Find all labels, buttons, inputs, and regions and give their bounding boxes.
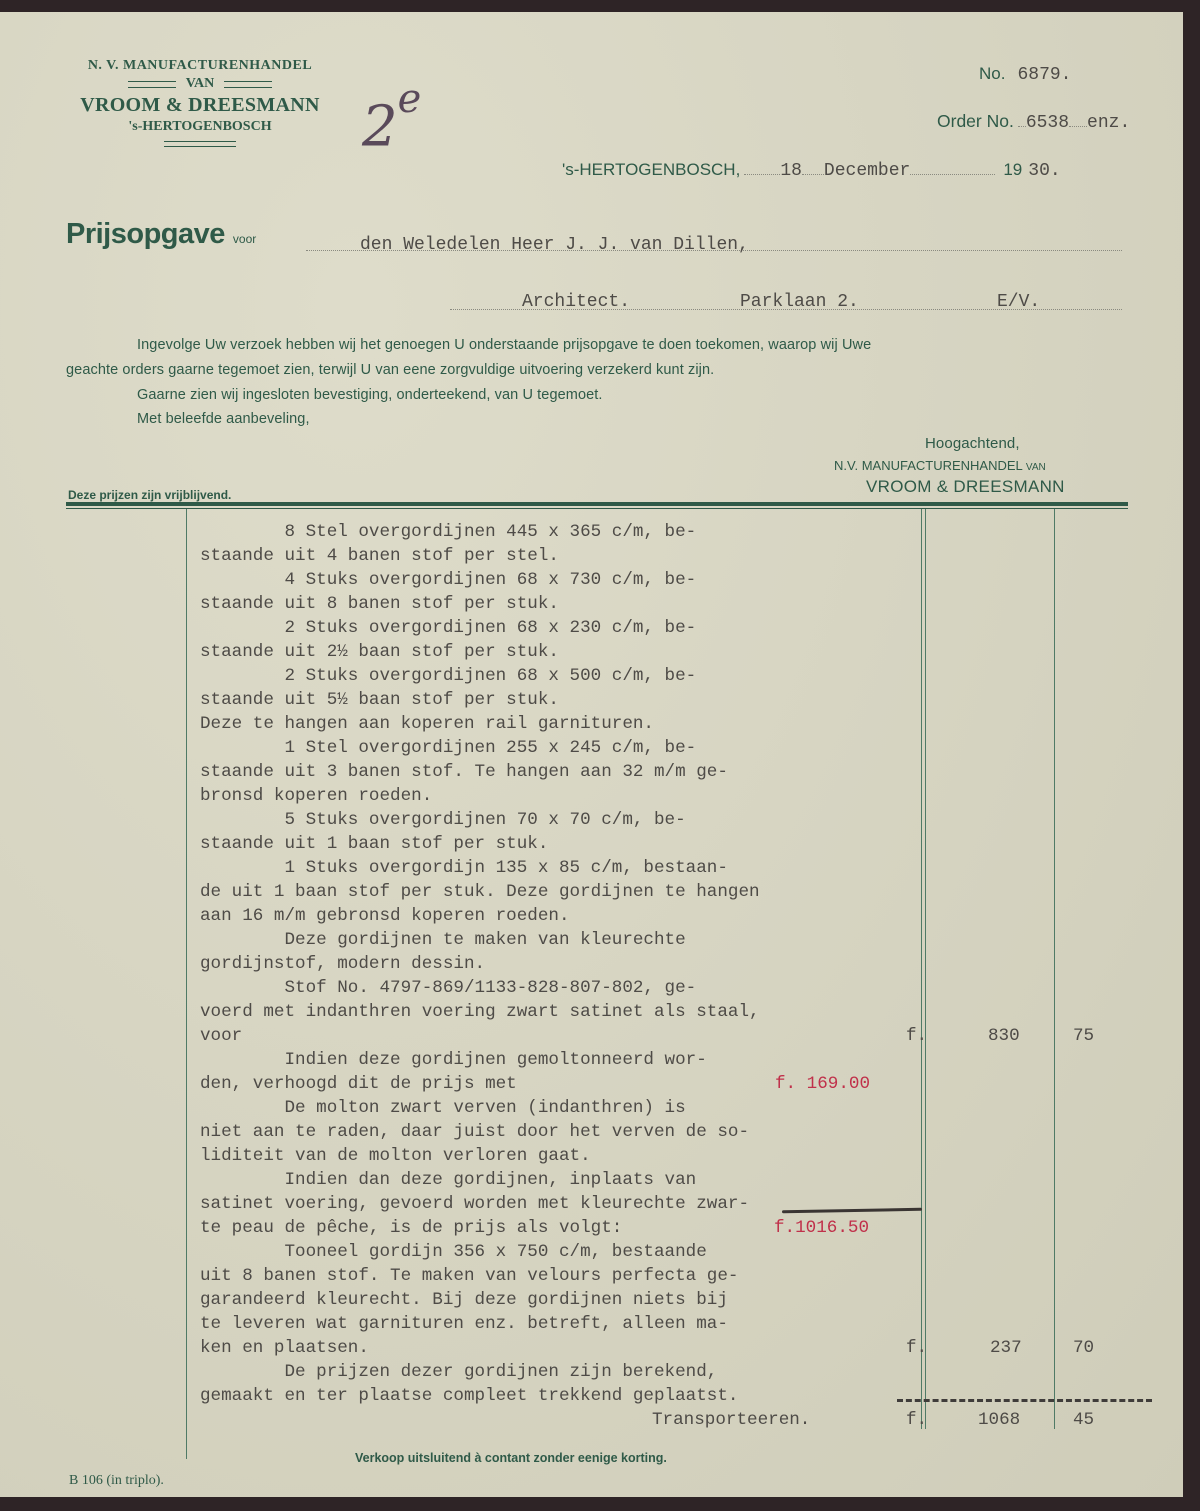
- header-rule: [66, 502, 1128, 506]
- transport-cents: 45: [1073, 1410, 1094, 1430]
- item-line: Deze gordijnen te maken van kleurechte: [200, 930, 686, 950]
- handwritten-copy-mark: 2e: [362, 90, 421, 160]
- item-line: satinet voering, gevoerd worden met kleu…: [200, 1194, 749, 1214]
- item-line: 2 Stuks overgordijnen 68 x 230 c/m, be-: [200, 618, 696, 638]
- closing-company-name: N.V. MANUFACTURENHANDEL: [834, 458, 1022, 473]
- item-line: staande uit 5½ baan stof per stuk.: [200, 690, 559, 710]
- item-line: staande uit 3 banen stof. Te hangen aan …: [200, 762, 728, 782]
- intro-line2: geachte orders gaarne tegemoet zien, ter…: [66, 362, 714, 378]
- place: 's-HERTOGENBOSCH,: [562, 160, 740, 179]
- item-line: te peau de pêche, is de prijs als volgt:: [200, 1218, 622, 1238]
- addressee-name: den Weledelen Heer J. J. van Dillen,: [360, 235, 749, 255]
- order-number-value: 6538: [1026, 113, 1069, 133]
- letterhead-van: VAN: [186, 76, 215, 92]
- item-line: bronsd koperen roeden.: [200, 786, 432, 806]
- item-line: te leveren wat garnituren enz. betreft, …: [200, 1314, 728, 1334]
- amount-2-currency: f.: [906, 1338, 927, 1358]
- order-number-label: Order No.: [937, 111, 1014, 131]
- item-line: 1 Stel overgordijnen 255 x 245 c/m, be-: [200, 738, 696, 758]
- letterhead-line1: N. V. MANUFACTURENHANDEL: [60, 58, 340, 74]
- amount-2-guilders: 237: [990, 1338, 1022, 1358]
- item-line: staande uit 2½ baan stof per stuk.: [200, 642, 559, 662]
- document-number-value: 6879.: [1017, 65, 1071, 85]
- transport-label: Transporteeren.: [652, 1410, 810, 1430]
- intro-line1: Ingevolge Uw verzoek hebben wij het geno…: [137, 337, 871, 353]
- item-line: 1 Stuks overgordijn 135 x 85 c/m, bestaa…: [200, 858, 728, 878]
- order-number: Order No. 6538enz.: [937, 111, 1130, 133]
- item-line: Indien dan deze gordijnen, inplaats van: [200, 1170, 696, 1190]
- item-line: voerd met indanthren voering zwart satin…: [200, 1002, 760, 1022]
- addressee-address: Parklaan 2.: [740, 292, 859, 312]
- closing-company-line2: VROOM & DREESMANN: [866, 477, 1065, 497]
- peau-de-peche-price: f.1016.50: [774, 1218, 869, 1238]
- double-rule-decoration: [224, 81, 272, 88]
- item-line: Tooneel gordijn 356 x 750 c/m, bestaande: [200, 1242, 707, 1262]
- footer-form-code: B 106 (in triplo).: [69, 1473, 164, 1489]
- currency-column-line: [921, 509, 922, 1429]
- item-line: Indien deze gordijnen gemoltonneerd wor-: [200, 1050, 707, 1070]
- letterhead-van-row: VAN: [60, 76, 340, 92]
- cents-column-line: [1054, 509, 1055, 1429]
- item-line: 4 Stuks overgordijnen 68 x 730 c/m, be-: [200, 570, 696, 590]
- double-rule-decoration: [128, 81, 176, 88]
- intro-line3: Gaarne zien wij ingesloten bevestiging, …: [137, 387, 603, 403]
- amount-2-cents: 70: [1073, 1338, 1094, 1358]
- letterhead: N. V. MANUFACTURENHANDEL VAN VROOM & DRE…: [60, 58, 340, 147]
- footer-terms: Verkoop uitsluitend à contant zonder een…: [355, 1451, 667, 1465]
- item-line: liditeit van de molton verloren gaat.: [200, 1146, 591, 1166]
- date-month: December: [824, 161, 910, 181]
- item-line: 5 Stuks overgordijnen 70 x 70 c/m, be-: [200, 810, 686, 830]
- closing-company-van: VAN: [1026, 462, 1046, 473]
- molton-surcharge-price: f. 169.00: [775, 1074, 870, 1094]
- left-margin-line: [186, 509, 187, 1459]
- amount-1-guilders: 830: [988, 1026, 1020, 1046]
- header-rule-thin: [66, 508, 1128, 509]
- transport-guilders: 1068: [978, 1410, 1020, 1430]
- place-date: 's-HERTOGENBOSCH, 18December 1930.: [562, 160, 1061, 181]
- closing-greeting: Hoogachtend,: [925, 435, 1020, 452]
- item-line: aan 16 m/m gebronsd koperen roeden.: [200, 906, 570, 926]
- addressee-profession: Architect.: [522, 292, 630, 312]
- item-line: ken en plaatsen.: [200, 1338, 369, 1358]
- item-line: De prijzen dezer gordijnen zijn berekend…: [200, 1362, 717, 1382]
- total-dashed-rule: [897, 1399, 1152, 1402]
- item-line: gemaakt en ter plaatse compleet trekkend…: [200, 1386, 738, 1406]
- item-line: niet aan te raden, daar juist door het v…: [200, 1122, 749, 1142]
- handwritten-mark-sup: e: [398, 76, 422, 122]
- item-line: den, verhoogd dit de prijs met: [200, 1074, 517, 1094]
- invoice-paper: N. V. MANUFACTURENHANDEL VAN VROOM & DRE…: [0, 12, 1183, 1497]
- quotation-title-row: Prijsopgave voor: [66, 218, 256, 251]
- date-year-prefix: 19: [1003, 160, 1022, 179]
- quotation-voor: voor: [233, 232, 256, 246]
- currency-column-line-2: [925, 509, 926, 1429]
- double-rule-decoration: [164, 141, 236, 147]
- item-line: de uit 1 baan stof per stuk. Deze gordij…: [200, 882, 760, 902]
- item-line: uit 8 banen stof. Te maken van velours p…: [200, 1266, 738, 1286]
- item-line: staande uit 4 banen stof per stel.: [200, 546, 559, 566]
- order-number-suffix: enz.: [1087, 113, 1130, 133]
- item-line: 8 Stel overgordijnen 445 x 365 c/m, be-: [200, 522, 696, 542]
- letterhead-city: 's-HERTOGENBOSCH: [60, 119, 340, 135]
- amount-1-cents: 75: [1073, 1026, 1094, 1046]
- item-line: gordijnstof, modern dessin.: [200, 954, 485, 974]
- item-line: De molton zwart verven (indanthren) is: [200, 1098, 686, 1118]
- document-number: No. 6879.: [979, 64, 1071, 85]
- item-line: staande uit 1 baan stof per stuk.: [200, 834, 548, 854]
- disclaimer: Deze prijzen zijn vrijblijvend.: [68, 488, 231, 502]
- date-day: 18: [780, 161, 802, 181]
- item-line: 2 Stuks overgordijnen 68 x 500 c/m, be-: [200, 666, 696, 686]
- item-line: Stof No. 4797-869/1133-828-807-802, ge-: [200, 978, 696, 998]
- amount-1-currency: f.: [906, 1026, 927, 1046]
- quotation-title: Prijsopgave: [66, 218, 225, 250]
- document-number-label: No.: [979, 64, 1005, 83]
- item-line: garandeerd kleurecht. Bij deze gordijnen…: [200, 1290, 728, 1310]
- letterhead-company: VROOM & DREESMANN: [60, 94, 340, 117]
- handwritten-mark-main: 2: [362, 95, 398, 160]
- addressee-city: E/V.: [997, 292, 1040, 312]
- transport-currency: f.: [906, 1410, 927, 1430]
- intro-line4: Met beleefde aanbeveling,: [137, 411, 310, 427]
- pen-underline: [782, 1208, 922, 1213]
- item-line: Deze te hangen aan koperen rail garnitur…: [200, 714, 654, 734]
- closing-company-line1: N.V. MANUFACTURENHANDEL VAN: [834, 458, 1046, 473]
- date-year-suffix: 30.: [1028, 161, 1060, 181]
- item-line: voor: [200, 1026, 242, 1046]
- item-line: staande uit 8 banen stof per stuk.: [200, 594, 559, 614]
